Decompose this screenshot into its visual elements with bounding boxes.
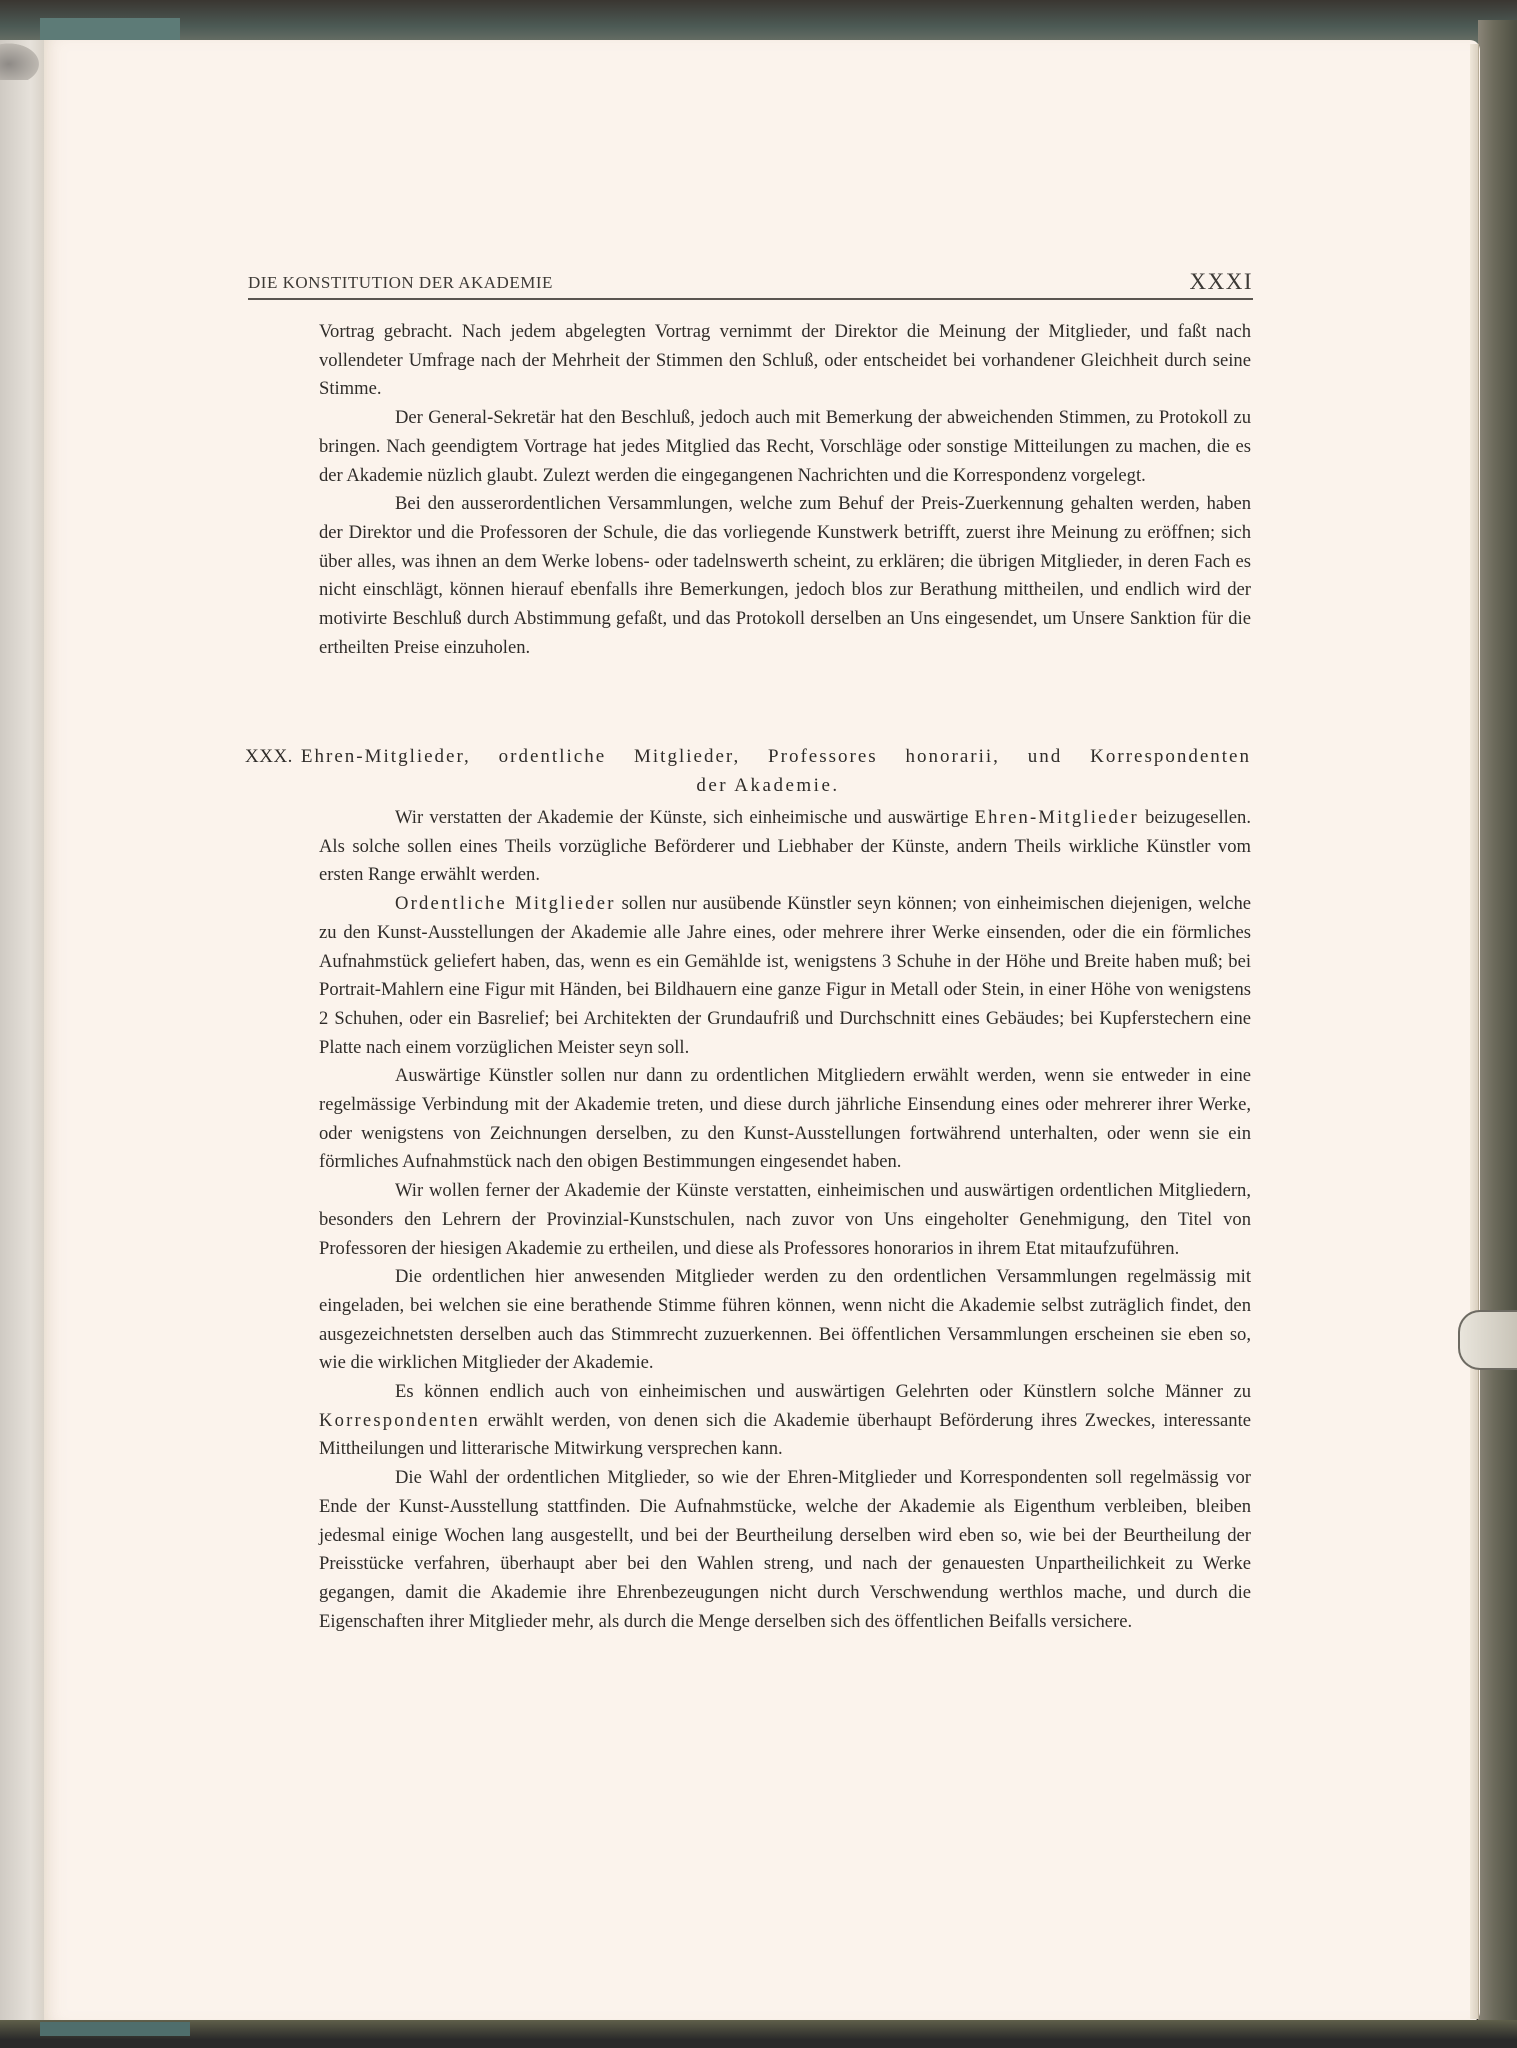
paragraph: Die Wahl der ordentlichen Mitglieder, so… xyxy=(319,1464,1251,1636)
running-head: DIE KONSTITUTION DER AKADEMIE XXXI xyxy=(248,264,1253,300)
text-run: Es können endlich auch von einheimischen… xyxy=(395,1381,1251,1402)
page-stack-edge xyxy=(1470,44,1479,2019)
paragraph: Ordentliche Mitglieder sollen nur ausübe… xyxy=(319,890,1251,1062)
left-page-edge xyxy=(0,40,44,2025)
binding-cloth xyxy=(40,18,180,40)
text-run: Wir verstatten der Akademie der Künste, … xyxy=(395,807,975,828)
paragraph: Es können endlich auch von einheimischen… xyxy=(319,1378,1251,1464)
spaced-term: Ordentliche Mitglieder xyxy=(395,893,616,914)
paragraph: Auswärtige Künstler sollen nur dann zu o… xyxy=(319,1062,1251,1177)
spaced-term: Ehren-Mitglieder xyxy=(975,807,1139,828)
page-clip-tab xyxy=(1458,1310,1517,1370)
section-title-line-1: Ehren-Mitglieder, ordentliche Mitglieder… xyxy=(301,742,1251,771)
section-heading: XXX. Ehren-Mitglieder, ordentliche Mitgl… xyxy=(245,742,1251,800)
page-number: XXXI xyxy=(1190,269,1254,295)
paragraph: Wir wollen ferner der Akademie der Künst… xyxy=(319,1177,1251,1263)
text-block-2: Wir verstatten der Akademie der Künste, … xyxy=(319,804,1251,1636)
paragraph: Die ordentlichen hier anwesenden Mitglie… xyxy=(319,1263,1251,1378)
paragraph: Wir verstatten der Akademie der Künste, … xyxy=(319,804,1251,890)
paragraph: Bei den ausserordentlichen Versammlungen… xyxy=(319,490,1251,662)
spaced-term: Korrespondenten xyxy=(319,1410,480,1431)
text-run: sollen nur ausübende Künstler seyn könne… xyxy=(319,893,1251,1058)
paragraph: Vortrag gebracht. Nach jedem abgelegten … xyxy=(319,318,1251,404)
paragraph: Der General-Sekretär hat den Beschluß, j… xyxy=(319,404,1251,490)
book-binding-top xyxy=(0,0,1517,44)
binding-cloth xyxy=(40,2022,190,2036)
running-head-title: DIE KONSTITUTION DER AKADEMIE xyxy=(248,273,553,293)
text-block-1: Vortrag gebracht. Nach jedem abgelegten … xyxy=(319,318,1251,662)
page-curl xyxy=(0,40,44,80)
book-binding-bottom xyxy=(0,2020,1517,2048)
section-number: XXX. xyxy=(245,742,293,771)
section-title-line-2: der Akademie. xyxy=(245,771,1251,800)
book-cover-right xyxy=(1478,20,1517,2030)
